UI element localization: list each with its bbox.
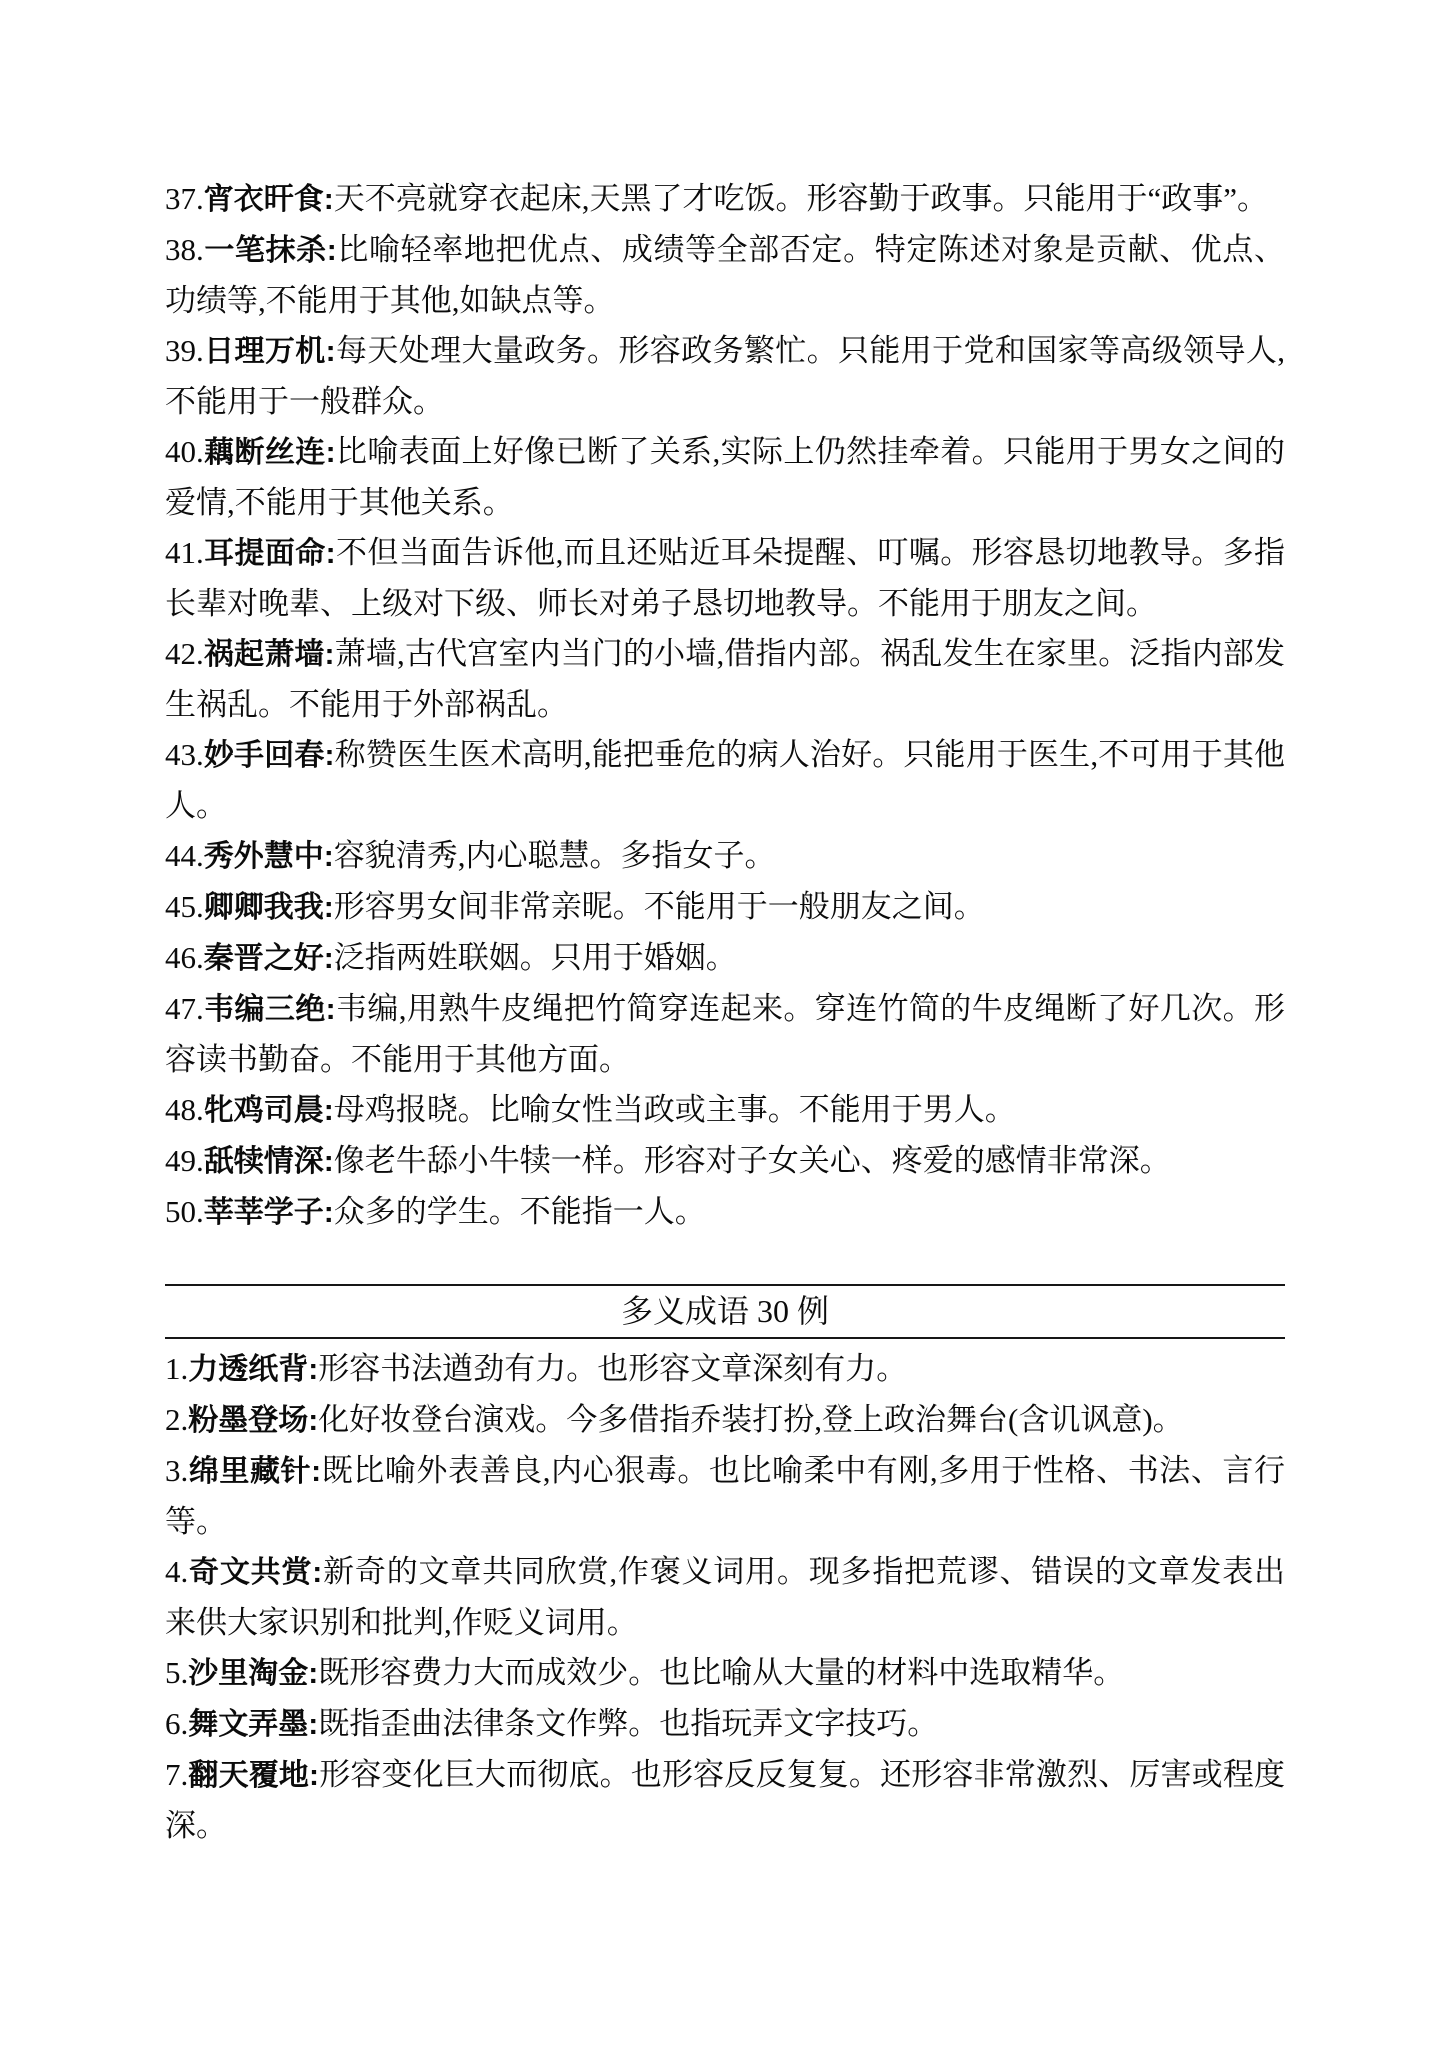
idiom-item-3: 3.绵里藏针:既比喻外表善良,内心狠毒。也比喻柔中有刚,多用于性格、书法、言行等… <box>165 1446 1285 1547</box>
item-definition: 既指歪曲法律条文作弊。也指玩弄文字技巧。 <box>318 1706 938 1741</box>
item-number: 46. <box>165 940 204 975</box>
item-term: 祸起萧墙: <box>204 638 335 671</box>
idiom-item-45: 45.卿卿我我:形容男女间非常亲昵。不能用于一般朋友之间。 <box>165 882 1285 933</box>
item-term: 莘莘学子: <box>204 1196 334 1229</box>
idiom-item-6: 6.舞文弄墨:既指歪曲法律条文作弊。也指玩弄文字技巧。 <box>165 1699 1285 1750</box>
document-page: 37.宵衣旰食:天不亮就穿衣起床,天黑了才吃饭。形容勤于政事。只能用于“政事”。… <box>0 0 1447 2047</box>
section-title: 多义成语 30 例 <box>165 1286 1285 1337</box>
item-number: 40. <box>165 434 204 469</box>
item-number: 37. <box>165 181 204 216</box>
item-number: 43. <box>165 737 204 772</box>
item-number: 39. <box>165 333 204 368</box>
item-number: 2. <box>165 1402 188 1437</box>
idiom-item-2: 2.粉墨登场:化好妆登台演戏。今多借指乔装打扮,登上政治舞台(含讥讽意)。 <box>165 1395 1285 1446</box>
item-number: 47. <box>165 991 204 1026</box>
item-definition: 天不亮就穿衣起床,天黑了才吃饭。形容勤于政事。只能用于“政事”。 <box>334 181 1268 216</box>
item-term: 舞文弄墨: <box>188 1708 318 1741</box>
section-header: 多义成语 30 例 <box>165 1284 1285 1339</box>
item-term: 秦晋之好: <box>204 942 334 975</box>
idiom-item-39: 39.日理万机:每天处理大量政务。形容政务繁忙。只能用于党和国家等高级领导人,不… <box>165 326 1285 427</box>
item-number: 3. <box>165 1453 188 1488</box>
item-number: 45. <box>165 889 204 924</box>
item-term: 宵衣旰食: <box>204 183 334 216</box>
idiom-item-49: 49.舐犊情深:像老牛舔小牛犊一样。形容对子女关心、疼爱的感情非常深。 <box>165 1136 1285 1187</box>
item-term: 妙手回春: <box>204 739 335 772</box>
item-term: 牝鸡司晨: <box>204 1094 334 1127</box>
divider-rule-bottom <box>165 1337 1285 1339</box>
item-definition: 形容男女间非常亲昵。不能用于一般朋友之间。 <box>334 889 985 924</box>
idiom-item-41: 41.耳提面命:不但当面告诉他,而且还贴近耳朵提醒、叮嘱。形容恳切地教导。多指长… <box>165 528 1285 629</box>
item-number: 50. <box>165 1194 204 1229</box>
item-definition: 母鸡报晓。比喻女性当政或主事。不能用于男人。 <box>334 1092 1016 1127</box>
item-term: 耳提面命: <box>204 537 336 570</box>
idiom-item-46: 46.秦晋之好:泛指两姓联姻。只用于婚姻。 <box>165 933 1285 984</box>
item-definition: 既比喻外表善良,内心狠毒。也比喻柔中有刚,多用于性格、书法、言行等。 <box>165 1453 1285 1539</box>
item-number: 48. <box>165 1092 204 1127</box>
idiom-item-5: 5.沙里淘金:既形容费力大而成效少。也比喻从大量的材料中选取精华。 <box>165 1648 1285 1699</box>
idiom-item-43: 43.妙手回春:称赞医生医术高明,能把垂危的病人治好。只能用于医生,不可用于其他… <box>165 730 1285 831</box>
item-number: 5. <box>165 1655 188 1690</box>
item-term: 一笔抹杀: <box>204 234 337 267</box>
item-number: 4. <box>165 1554 188 1589</box>
single-object-idiom-list: 37.宵衣旰食:天不亮就穿衣起床,天黑了才吃饭。形容勤于政事。只能用于“政事”。… <box>165 174 1285 1238</box>
idiom-item-48: 48.牝鸡司晨:母鸡报晓。比喻女性当政或主事。不能用于男人。 <box>165 1085 1285 1136</box>
item-number: 41. <box>165 535 204 570</box>
item-definition: 既形容费力大而成效少。也比喻从大量的材料中选取精华。 <box>318 1655 1124 1690</box>
item-term: 绵里藏针: <box>188 1455 321 1488</box>
idiom-item-7: 7.翻天覆地:形容变化巨大而彻底。也形容反反复复。还形容非常激烈、厉害或程度深。 <box>165 1750 1285 1851</box>
item-term: 粉墨登场: <box>188 1404 318 1437</box>
polysemous-idiom-list: 1.力透纸背:形容书法遒劲有力。也形容文章深刻有力。 2.粉墨登场:化好妆登台演… <box>165 1344 1285 1851</box>
item-definition: 形容书法遒劲有力。也形容文章深刻有力。 <box>318 1351 907 1386</box>
item-definition: 化好妆登台演戏。今多借指乔装打扮,登上政治舞台(含讥讽意)。 <box>318 1402 1183 1437</box>
item-number: 44. <box>165 838 204 873</box>
idiom-item-40: 40.藕断丝连:比喻表面上好像已断了关系,实际上仍然挂牵着。只能用于男女之间的爱… <box>165 427 1285 528</box>
item-term: 沙里淘金: <box>188 1657 318 1690</box>
item-number: 42. <box>165 636 204 671</box>
item-term: 日理万机: <box>204 335 336 368</box>
item-definition: 像老牛舔小牛犊一样。形容对子女关心、疼爱的感情非常深。 <box>334 1143 1171 1178</box>
item-definition: 泛指两姓联姻。只用于婚姻。 <box>334 940 737 975</box>
item-definition: 形容变化巨大而彻底。也形容反反复复。还形容非常激烈、厉害或程度深。 <box>165 1757 1285 1843</box>
item-term: 翻天覆地: <box>188 1759 319 1792</box>
item-term: 舐犊情深: <box>204 1145 334 1178</box>
item-term: 力透纸背: <box>188 1353 318 1386</box>
idiom-item-37: 37.宵衣旰食:天不亮就穿衣起床,天黑了才吃饭。形容勤于政事。只能用于“政事”。 <box>165 174 1285 225</box>
item-number: 7. <box>165 1757 188 1792</box>
item-number: 49. <box>165 1143 204 1178</box>
item-definition: 众多的学生。不能指一人。 <box>334 1194 706 1229</box>
idiom-item-1: 1.力透纸背:形容书法遒劲有力。也形容文章深刻有力。 <box>165 1344 1285 1395</box>
idiom-item-50: 50.莘莘学子:众多的学生。不能指一人。 <box>165 1187 1285 1238</box>
idiom-item-47: 47.韦编三绝:韦编,用熟牛皮绳把竹简穿连起来。穿连竹简的牛皮绳断了好几次。形容… <box>165 984 1285 1085</box>
item-term: 韦编三绝: <box>204 993 336 1026</box>
idiom-item-42: 42.祸起萧墙:萧墙,古代宫室内当门的小墙,借指内部。祸乱发生在家里。泛指内部发… <box>165 629 1285 730</box>
idiom-item-38: 38.一笔抹杀:比喻轻率地把优点、成绩等全部否定。特定陈述对象是贡献、优点、功绩… <box>165 225 1285 326</box>
item-number: 1. <box>165 1351 188 1386</box>
item-definition: 容貌清秀,内心聪慧。多指女子。 <box>334 838 776 873</box>
item-term: 卿卿我我: <box>204 891 334 924</box>
item-number: 6. <box>165 1706 188 1741</box>
item-definition: 新奇的文章共同欣赏,作褒义词用。现多指把荒谬、错误的文章发表出来供大家识别和批判… <box>165 1554 1285 1640</box>
item-number: 38. <box>165 232 204 267</box>
item-term: 藕断丝连: <box>204 436 336 469</box>
item-term: 秀外慧中: <box>204 840 334 873</box>
idiom-item-44: 44.秀外慧中:容貌清秀,内心聪慧。多指女子。 <box>165 831 1285 882</box>
idiom-item-4: 4.奇文共赏:新奇的文章共同欣赏,作褒义词用。现多指把荒谬、错误的文章发表出来供… <box>165 1547 1285 1648</box>
item-term: 奇文共赏: <box>188 1556 322 1589</box>
